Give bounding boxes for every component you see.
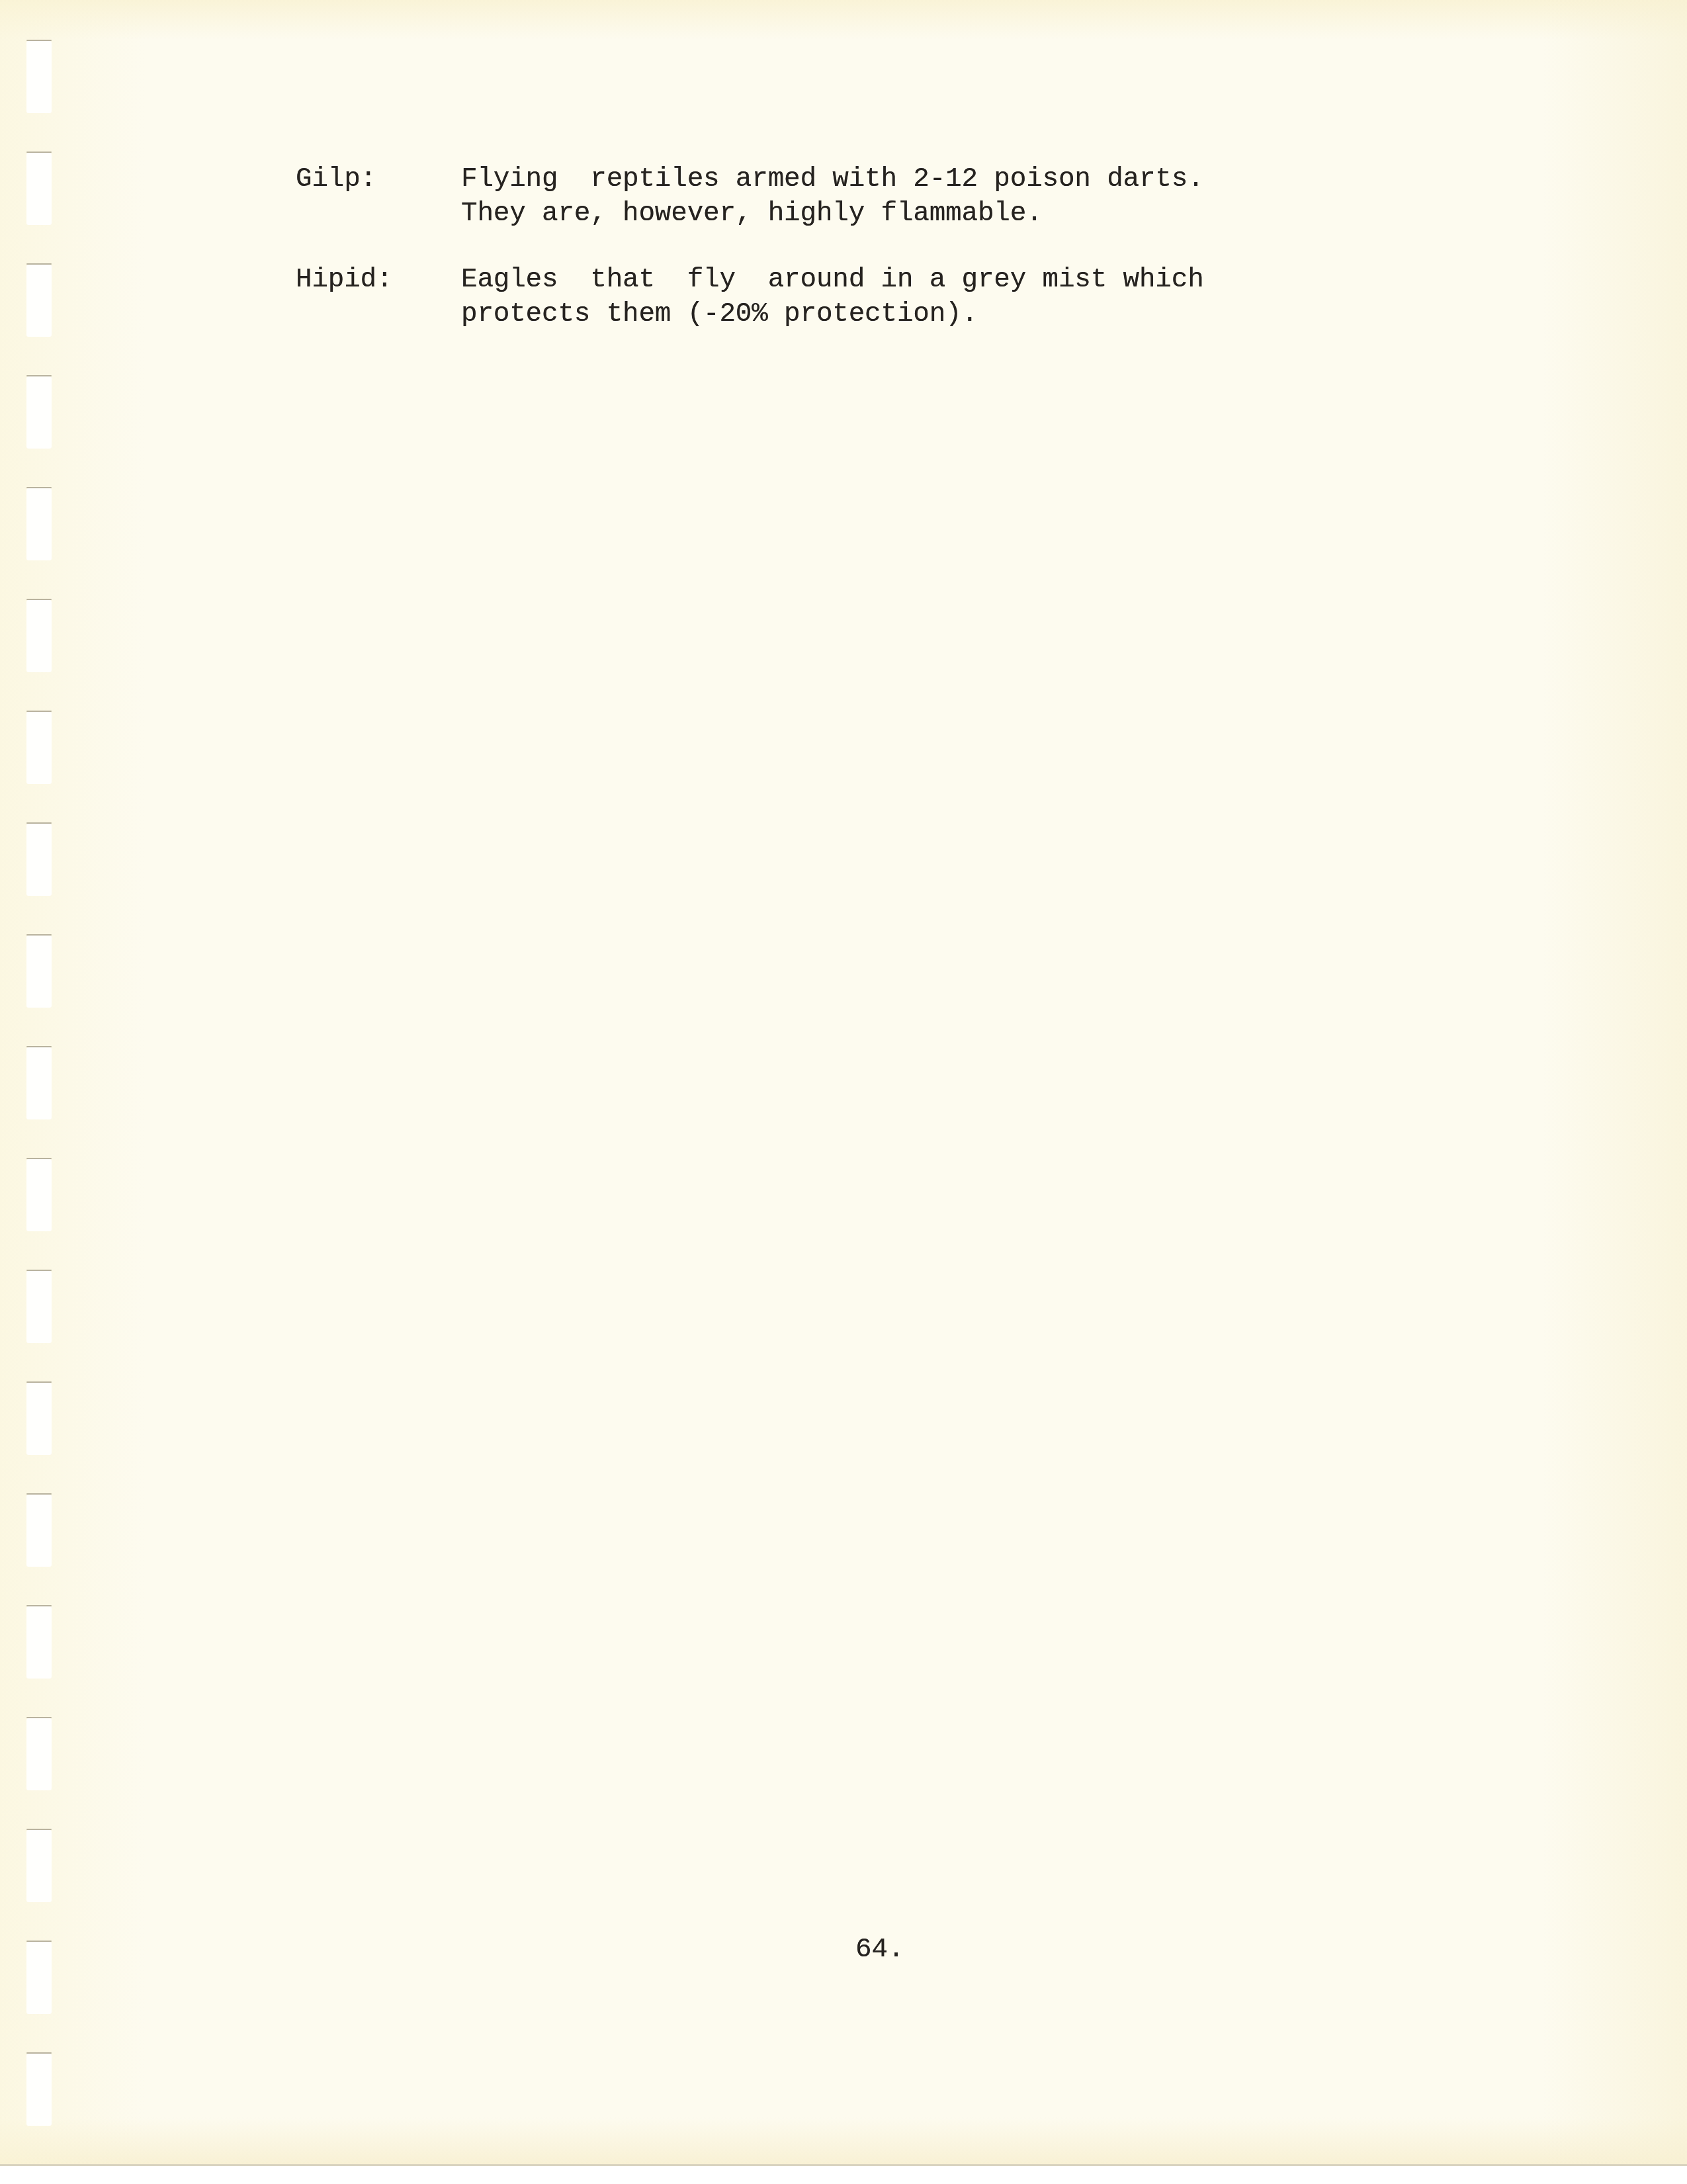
binding-hole xyxy=(26,265,52,337)
binding-mark xyxy=(26,1605,52,1606)
binding-hole xyxy=(26,712,52,784)
binding-mark xyxy=(26,2052,52,2054)
binding-mark xyxy=(26,934,52,936)
binding-hole xyxy=(26,1606,52,1679)
glossary-description-hipid-line-1: Eagles that fly around in a grey mist wh… xyxy=(461,263,1204,297)
binding-hole xyxy=(26,824,52,896)
glossary-description-gilp-line-2: They are, however, highly flammable. xyxy=(461,197,1043,231)
binding-mark xyxy=(26,1493,52,1495)
binding-hole xyxy=(26,1495,52,1567)
binding-hole xyxy=(26,1383,52,1455)
binding-mark xyxy=(26,1717,52,1718)
binding-hole xyxy=(26,2054,52,2126)
binding-hole xyxy=(26,1271,52,1343)
binding-hole xyxy=(26,936,52,1008)
binding-mark xyxy=(26,263,52,265)
binding-perforation-strip xyxy=(24,0,54,2166)
binding-mark xyxy=(26,1381,52,1383)
binding-hole xyxy=(26,488,52,560)
glossary-term-gilp: Gilp: xyxy=(296,162,376,197)
binding-mark xyxy=(26,1829,52,1830)
binding-hole xyxy=(26,1718,52,1790)
binding-hole xyxy=(26,41,52,113)
binding-hole xyxy=(26,153,52,225)
binding-hole xyxy=(26,1159,52,1231)
page-number: 64. xyxy=(855,1933,904,1967)
binding-hole xyxy=(26,1047,52,1119)
binding-mark xyxy=(26,487,52,488)
binding-hole xyxy=(26,600,52,672)
binding-hole xyxy=(26,376,52,449)
binding-mark xyxy=(26,822,52,824)
glossary-description-gilp-line-1: Flying reptiles armed with 2-12 poison d… xyxy=(461,162,1204,197)
binding-mark xyxy=(26,1270,52,1271)
binding-mark xyxy=(26,375,52,376)
binding-mark xyxy=(26,1046,52,1047)
glossary-term-hipid: Hipid: xyxy=(296,263,392,297)
binding-mark xyxy=(26,1941,52,1942)
binding-hole xyxy=(26,1942,52,2014)
binding-mark xyxy=(26,40,52,41)
glossary-description-hipid-line-2: protects them (-20% protection). xyxy=(461,297,978,331)
document-page: Gilp: Flying reptiles armed with 2-12 po… xyxy=(0,0,1687,2166)
binding-hole xyxy=(26,1830,52,1902)
binding-mark xyxy=(26,711,52,712)
binding-mark xyxy=(26,599,52,600)
binding-mark xyxy=(26,1158,52,1159)
binding-mark xyxy=(26,152,52,153)
